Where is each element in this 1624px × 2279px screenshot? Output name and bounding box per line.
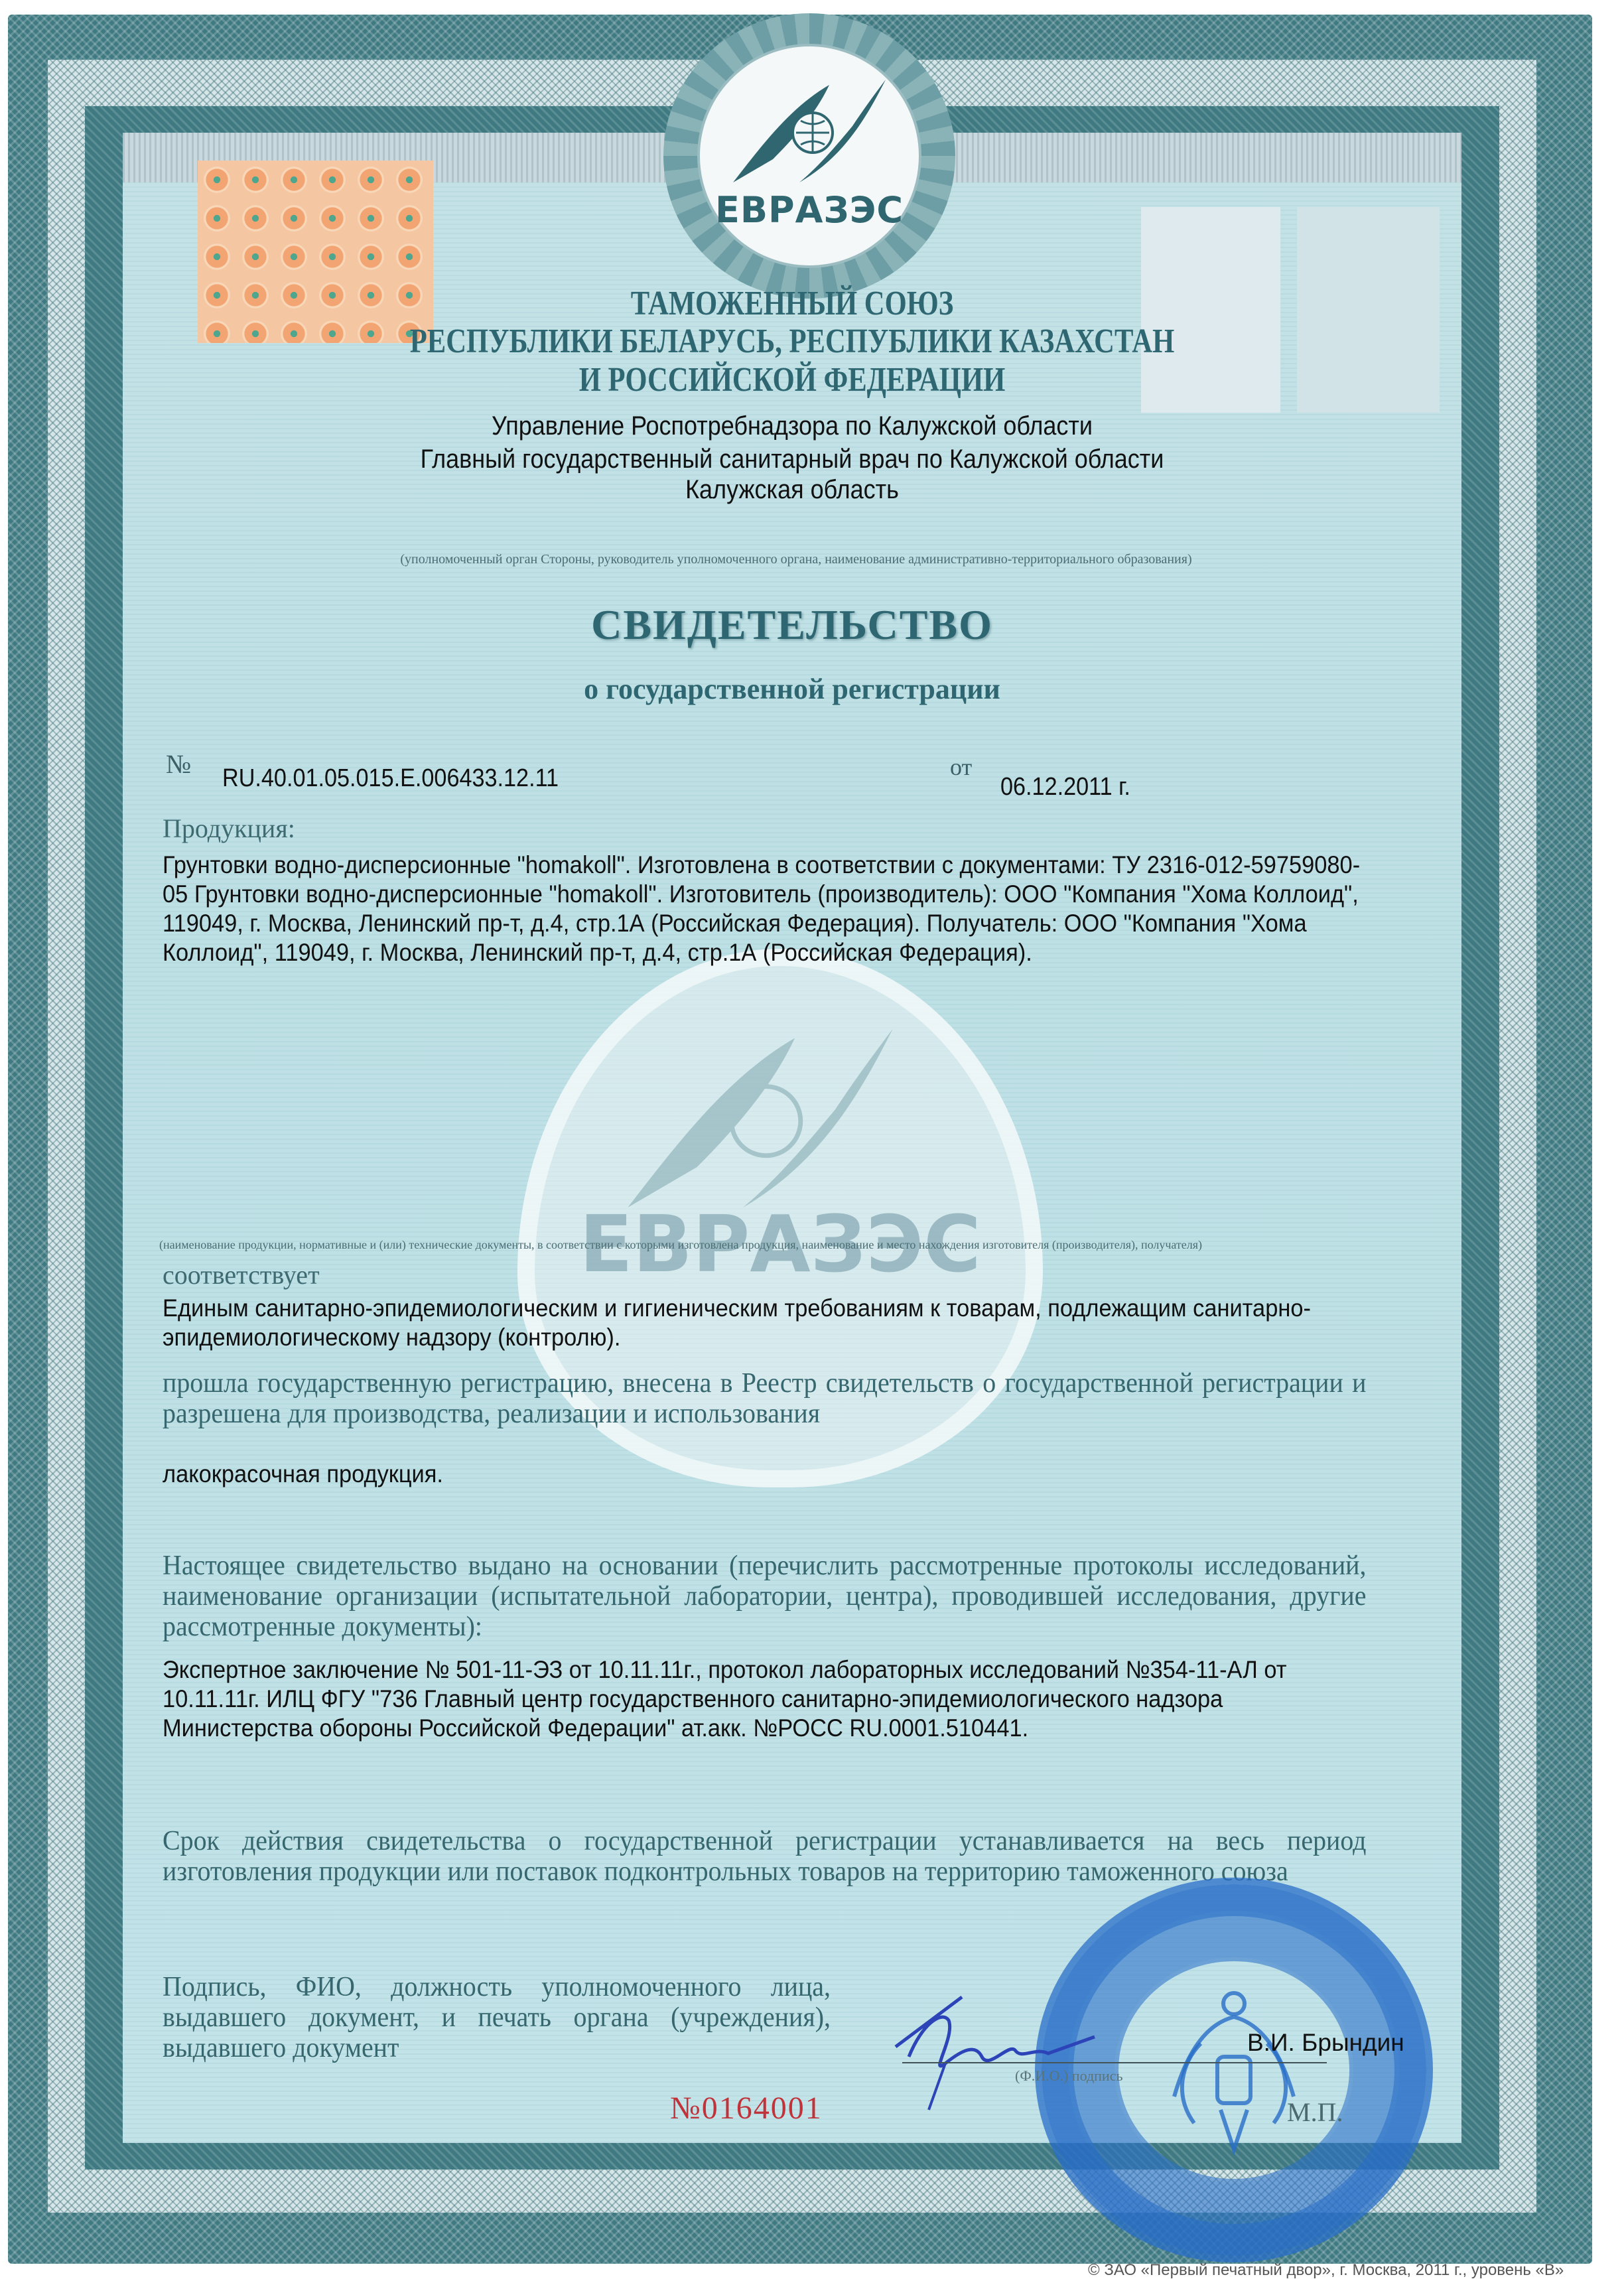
authority-caption: (уполномоченный орган Стороны, руководит… xyxy=(265,552,1327,567)
double-headed-eagle-icon xyxy=(1154,1984,1314,2163)
conformity-label: соответствует xyxy=(163,1259,320,1290)
product-caption: (наименование продукции, нормативные и (… xyxy=(159,1238,1459,1252)
signature-sub-caption: (Ф.И.О.) подпись xyxy=(1015,2067,1123,2085)
product-description: Грунтовки водно-дисперсионные "homakoll"… xyxy=(163,851,1372,967)
header-line-3: И РОССИЙСКОЙ ФЕДЕРАЦИИ xyxy=(243,360,1341,399)
document-title: СВИДЕТЕЛЬСТВО xyxy=(123,600,1461,650)
registration-text: прошла государственную регистрацию, внес… xyxy=(163,1368,1367,1429)
certificate-number: RU.40.01.05.015.Е.006433.12.11 xyxy=(222,764,559,793)
authority-line-3: Калужская область xyxy=(190,475,1394,505)
registration-use: лакокрасочная продукция. xyxy=(163,1460,443,1489)
product-label: Продукция: xyxy=(163,813,295,844)
date-label: от xyxy=(950,753,972,781)
header-line-2: РЕСПУБЛИКИ БЕЛАРУСЬ, РЕСПУБЛИКИ КАЗАХСТА… xyxy=(243,322,1341,361)
authority-line-1: Управление Роспотребнадзора по Калужской… xyxy=(190,411,1394,441)
basis-text: Экспертное заключение № 501-11-ЭЗ от 10.… xyxy=(163,1655,1372,1743)
serial-number: №0164001 xyxy=(670,2090,823,2126)
handwritten-signature xyxy=(882,1984,1161,2116)
conformity-text: Единым санитарно-эпидемиологическим и ги… xyxy=(163,1294,1372,1352)
evrazes-emblem: ЕВРАЗЭС xyxy=(663,13,955,299)
certificate-date: 06.12.2011 г. xyxy=(1000,773,1130,801)
signature-caption: Подпись, ФИО, должность уполномоченного … xyxy=(163,1972,831,2063)
emblem-label: ЕВРАЗЭС xyxy=(700,189,919,231)
printer-footer: © ЗАО «Первый печатный двор», г. Москва,… xyxy=(1088,2261,1564,2279)
emblem-disc: ЕВРАЗЭС xyxy=(697,44,921,268)
document-subtitle: о государственной регистрации xyxy=(123,672,1461,706)
evrazes-watermark-logo-icon xyxy=(575,1006,946,1225)
header-line-1: ТАМОЖЕННЫЙ СОЮЗ xyxy=(243,284,1341,323)
basis-heading: Настоящее свидетельство выдано на основа… xyxy=(163,1551,1367,1642)
signatory-name: В.И. Брындин xyxy=(1247,2029,1404,2057)
number-label: № xyxy=(166,748,191,780)
signature-line xyxy=(902,2062,1327,2063)
authority-line-2: Главный государственный санитарный врач … xyxy=(190,445,1394,474)
seal-mark: М.П. xyxy=(1287,2097,1343,2128)
validity-text: Срок действия свидетельства о государств… xyxy=(163,1826,1367,1887)
evrazes-logo-icon xyxy=(720,66,899,192)
